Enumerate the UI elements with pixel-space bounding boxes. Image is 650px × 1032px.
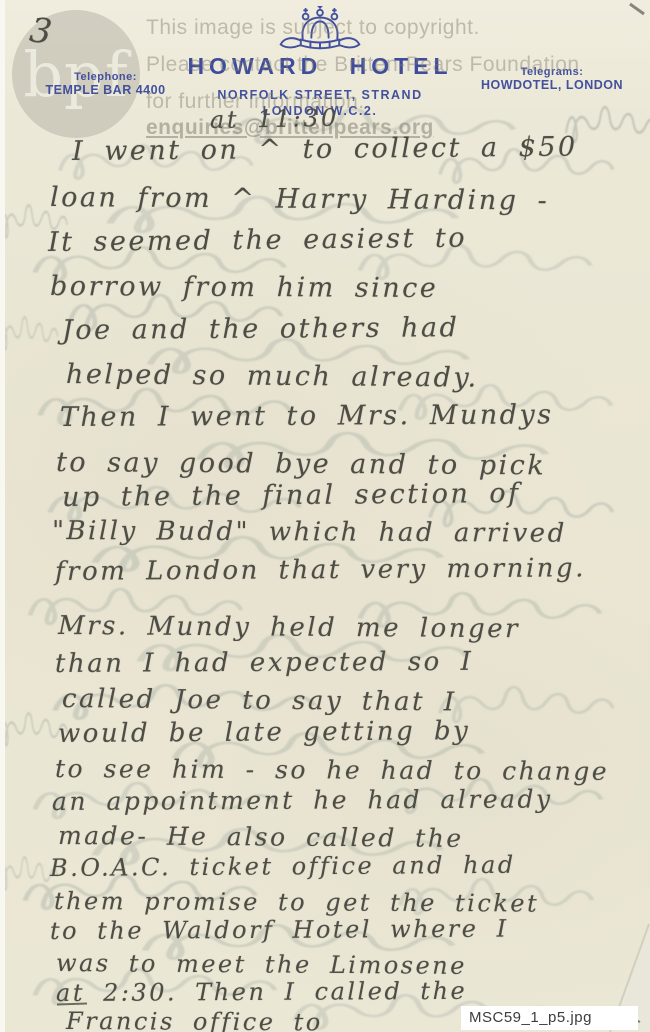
handwritten-line: called Joe to say that I	[62, 684, 457, 717]
handwritten-line: to the Waldorf Hotel where I	[50, 915, 509, 945]
handwritten-line: I went on ^ to collect a $50	[72, 132, 578, 167]
handwritten-line: from London that very morning.	[55, 553, 586, 587]
page-left-edge	[0, 0, 5, 1032]
handwritten-line: made- He also called the	[58, 821, 464, 853]
handwritten-line: up the the final section of	[62, 478, 521, 513]
handwritten-line: was to meet the Limosene	[56, 949, 467, 980]
filename-label: MSC59_1_p5.jpg	[461, 1006, 638, 1030]
handwritten-line: B.O.A.C. ticket office and had	[50, 851, 516, 882]
handwritten-line: helped so much already.	[66, 359, 479, 394]
scanned-letter-page: bpf HOWARD HOTEL NORFOLK STREET, STRAND …	[0, 0, 650, 1032]
handwritten-line: them promise to get the ticket	[54, 887, 539, 918]
handwritten-line: at 2:30. Then I called the	[56, 977, 467, 1007]
handwritten-line: Then I went to Mrs. Mundys	[60, 399, 554, 433]
handwritten-line: than I had expected so I	[55, 647, 473, 679]
copyright-watermark-line2: Please contact the Britten-Pears Foundat…	[146, 53, 580, 77]
handwritten-insertion-time: at 11:30	[210, 104, 339, 134]
top-right-scan-mark	[630, 4, 644, 14]
handwritten-line: loan from ^ Harry Harding -	[50, 182, 549, 216]
handwritten-line: Francis office to	[66, 1007, 323, 1032]
handwritten-line: It seemed the easiest to	[48, 223, 467, 258]
handwritten-line: to say good bye and to pick	[56, 447, 546, 481]
handwritten-line: would be late getting by	[58, 716, 471, 749]
handwritten-line: an appointment he had already	[52, 784, 553, 816]
handwritten-line: Joe and the others had	[62, 312, 460, 346]
telegrams-address: HOWDOTEL, LONDON	[468, 78, 636, 92]
handwritten-line: Mrs. Mundy held me longer	[58, 611, 520, 644]
copyright-watermark-line1: This image is subject to copyright.	[146, 16, 480, 40]
handwritten-line: "Billy Budd" which had arrived	[52, 516, 567, 549]
handwritten-line: borrow from him since	[50, 271, 439, 304]
handwritten-line: to see him - so he had to change	[55, 754, 609, 786]
